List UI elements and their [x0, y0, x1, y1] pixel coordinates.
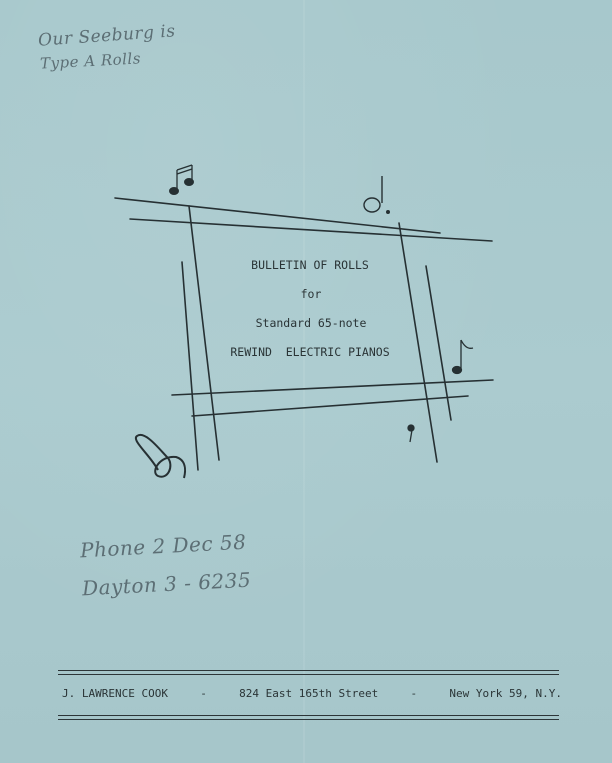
footer-separator: -	[200, 687, 207, 700]
bulletin-subtitle: Standard 65-note	[0, 316, 612, 330]
footer-separator: -	[410, 687, 417, 700]
bulletin-title: BULLETIN OF ROLLS	[0, 258, 612, 272]
treble-clef-icon	[136, 435, 185, 478]
decorative-frame	[0, 0, 612, 763]
bulletin-for: for	[0, 287, 612, 301]
rest-icon	[408, 425, 414, 442]
beamed-sixteenth-notes-icon	[170, 165, 194, 195]
footer-street: 824 East 165th Street	[239, 687, 378, 700]
document-page: Our Seeburg is Type A Rolls	[0, 0, 612, 763]
footer-rule-bottom-1	[58, 715, 559, 716]
footer-name: J. LAWRENCE COOK	[62, 687, 168, 700]
footer-address-line: J. LAWRENCE COOK - 824 East 165th Street…	[62, 687, 562, 700]
bulletin-piano-type: REWIND ELECTRIC PIANOS	[0, 345, 612, 359]
footer-rule-bottom-2	[58, 719, 559, 720]
footer-rule-top-2	[58, 674, 559, 675]
footer-rule-top-1	[58, 670, 559, 671]
footer-city: New York 59, N.Y.	[449, 687, 562, 700]
dotted-half-note-icon	[364, 176, 389, 213]
